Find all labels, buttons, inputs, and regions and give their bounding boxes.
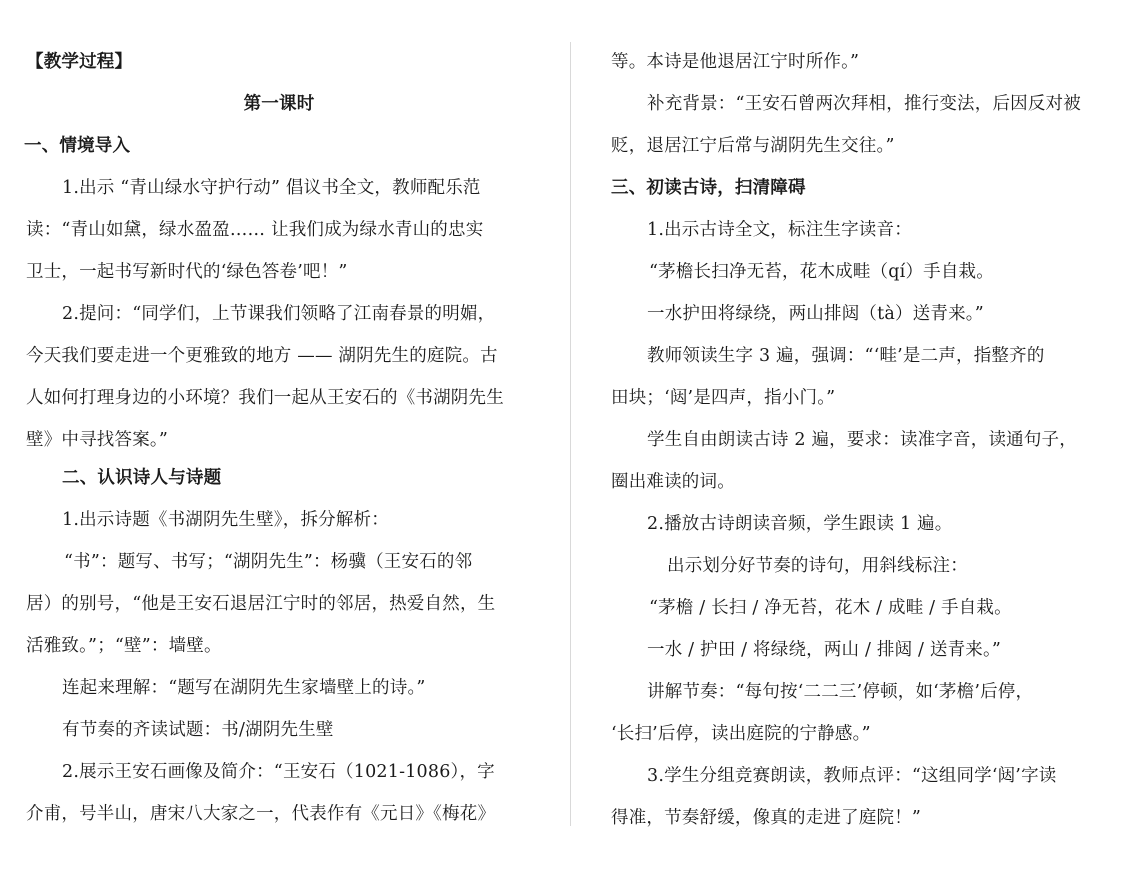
paragraph-line: 3.学生分组竞赛朗读，教师点评：“这组同学‘闼’字读 — [647, 765, 1056, 787]
paragraph-line: 教师领读生字 3 遍，强调：“‘畦’是二声，指整齐的 — [647, 345, 1045, 367]
lesson-title: 第一课时 — [26, 93, 532, 115]
paragraph-line: 壁》中寻找答案。” — [26, 429, 168, 451]
paragraph-line: 得准，节奏舒缓，像真的走进了庭院！” — [611, 807, 921, 829]
paragraph-line: “书”：题写、书写；“湖阴先生”：杨骥（王安石的邻 — [64, 551, 472, 573]
paragraph-line: 1.出示古诗全文，标注生字读音： — [647, 219, 912, 241]
paragraph-line: 1.出示诗题《书湖阴先生壁》，拆分解析： — [62, 509, 389, 531]
paragraph-line: 连起来理解：“题写在湖阴先生家墙壁上的诗。” — [62, 677, 426, 699]
section-2-heading: 二、认识诗人与诗题 — [62, 467, 221, 489]
rhythm-line: 一水 / 护田 / 将绿绕，两山 / 排闼 / 送青来。” — [647, 639, 1001, 661]
paragraph-line: 等。本诗是他退居江宁时所作。” — [611, 51, 859, 73]
paragraph-line: 2.播放古诗朗读音频，学生跟读 1 遍。 — [647, 513, 952, 535]
paragraph-line: 贬，退居江宁后常与湖阴先生交往。” — [611, 135, 895, 157]
heading-process: 【教学过程】 — [26, 51, 132, 73]
paragraph-line: 介甫，号半山，唐宋八大家之一，代表作有《元日》《梅花》 — [26, 803, 495, 825]
poem-line: 一水护田将绿绕，两山排闼（tà）送青来。” — [647, 303, 984, 325]
poem-line: “茅檐长扫净无苔，花木成畦（qí）手自栽。 — [649, 261, 994, 283]
section-1-heading: 一、情境导入 — [24, 135, 130, 157]
paragraph-line: 读：“青山如黛，绿水盈盈…… 让我们成为绿水青山的忠实 — [26, 219, 483, 241]
paragraph-line: 今天我们要走进一个更雅致的地方 —— 湖阴先生的庭院。古 — [26, 345, 498, 367]
paragraph-line: 2.展示王安石画像及简介：“王安石（1021-1086），字 — [62, 761, 495, 783]
paragraph-line: 补充背景：“王安石曾两次拜相，推行变法，后因反对被 — [647, 93, 1081, 115]
paragraph-line: 出示划分好节奏的诗句，用斜线标注： — [667, 555, 968, 577]
paragraph-line: 有节奏的齐读试题：书/湖阴先生壁 — [62, 719, 334, 741]
paragraph-line: 卫士，一起书写新时代的‘绿色答卷’吧！” — [26, 261, 348, 283]
paragraph-line: 学生自由朗读古诗 2 遍，要求：读准字音，读通句子， — [647, 429, 1077, 451]
paragraph-line: 居）的别号，“他是王安石退居江宁时的邻居，热爱自然，生 — [26, 593, 495, 615]
paragraph-line: 圈出难读的词。 — [611, 471, 735, 493]
paragraph-line: 1.出示 “青山绿水守护行动” 倡议书全文，教师配乐范 — [62, 177, 481, 199]
paragraph-line: 讲解节奏：“每句按‘二二三’停顿，如‘茅檐’后停， — [647, 681, 1033, 703]
column-divider — [570, 42, 571, 826]
paragraph-line: 田块；‘闼’是四声，指小门。” — [611, 387, 835, 409]
paragraph-line: 人如何打理身边的小环境？我们一起从王安石的《书湖阴先生 — [26, 387, 504, 409]
paragraph-line: ‘长扫’后停，读出庭院的宁静感。” — [611, 723, 871, 745]
rhythm-line: “茅檐 / 长扫 / 净无苔，花木 / 成畦 / 手自栽。 — [649, 597, 1012, 619]
paragraph-line: 2.提问：“同学们，上节课我们领略了江南春景的明媚， — [62, 303, 495, 325]
section-3-heading: 三、初读古诗，扫清障碍 — [611, 177, 806, 199]
paragraph-line: 活雅致。”；“壁”：墙壁。 — [26, 635, 222, 657]
